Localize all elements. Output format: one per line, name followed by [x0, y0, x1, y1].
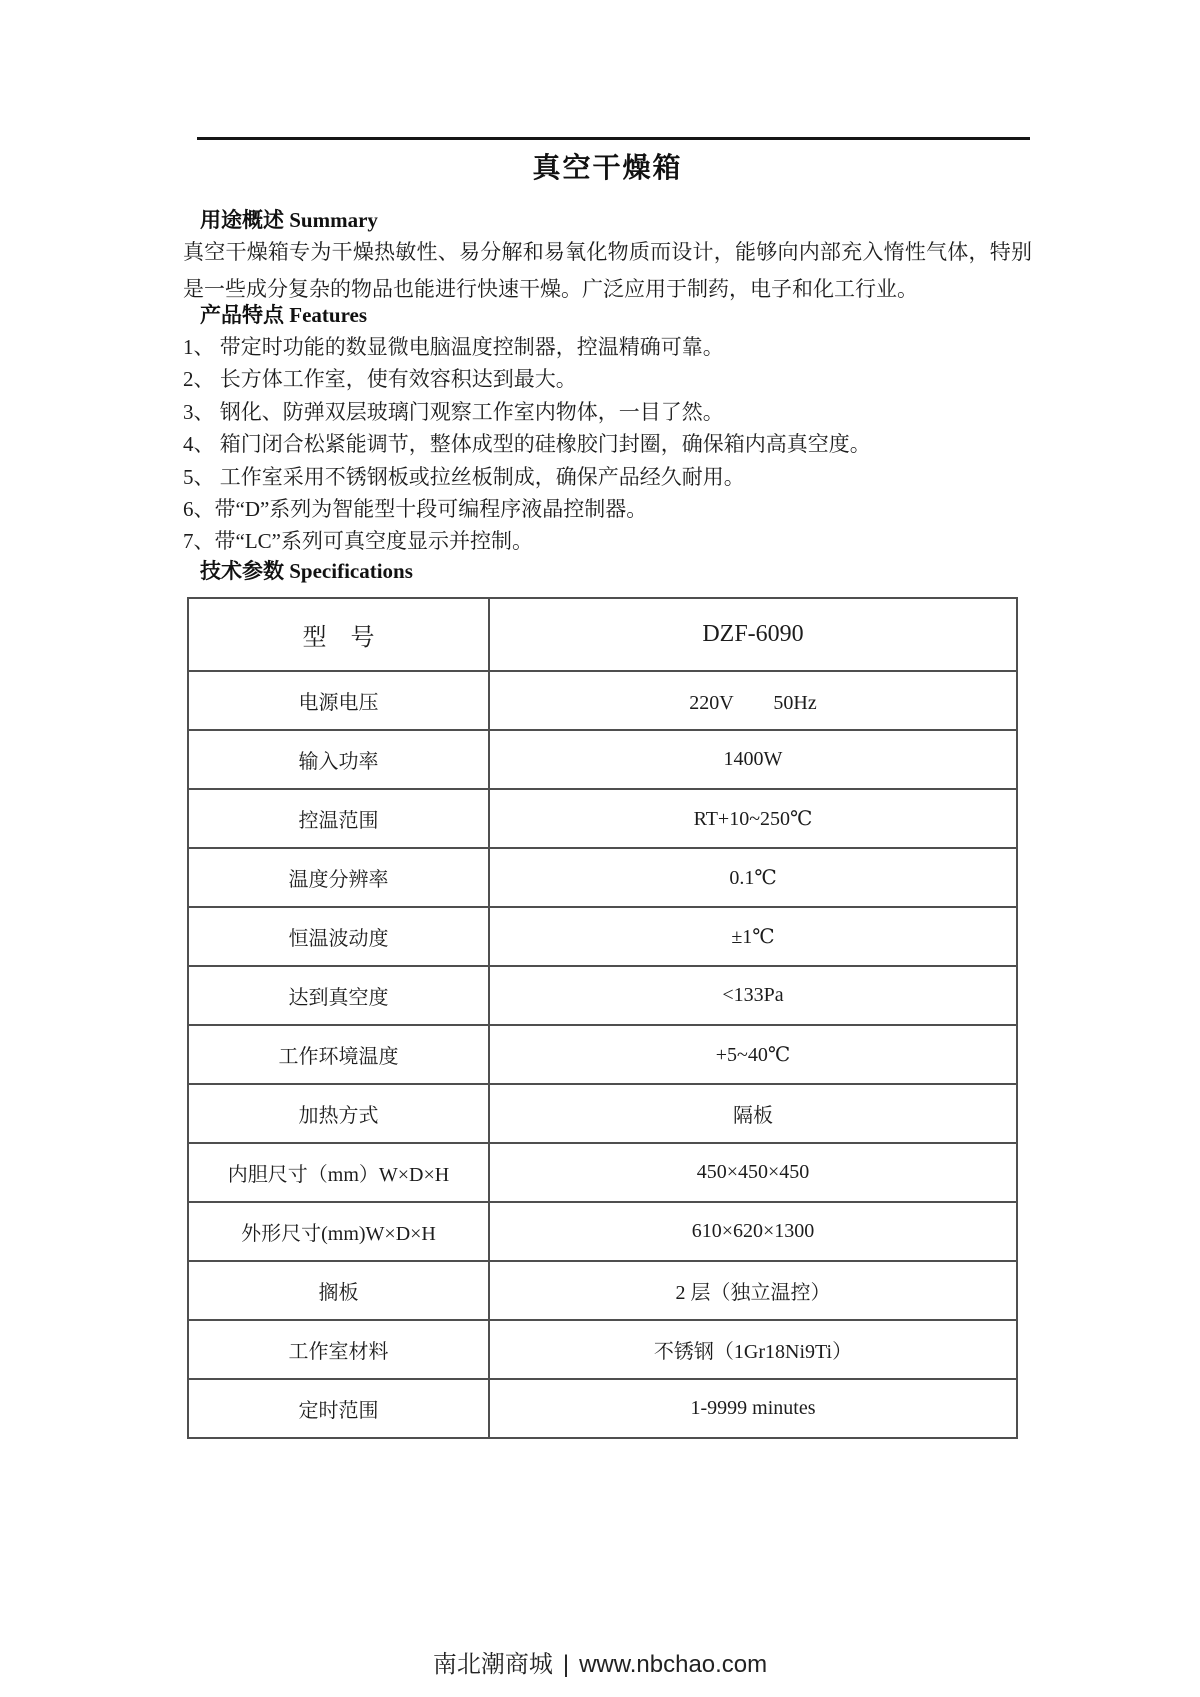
features-heading: 产品特点 Features	[200, 299, 1030, 329]
spec-value-cell: 1-9999 minutes	[489, 1379, 1017, 1438]
footer-site-url: www.nbchao.com	[579, 1651, 767, 1678]
spec-value-cell: +5~40℃	[489, 1025, 1017, 1084]
specifications-table: 型 号DZF-6090电源电压220V 50Hz输入功率1400W控温范围RT+…	[187, 597, 1018, 1439]
spec-label-cell: 定时范围	[188, 1379, 489, 1438]
spec-row: 控温范围RT+10~250℃	[188, 789, 1017, 848]
spec-row: 工作环境温度+5~40℃	[188, 1025, 1017, 1084]
spec-value-cell: 610×620×1300	[489, 1202, 1017, 1261]
spec-label-cell: 型 号	[188, 598, 489, 671]
spec-row: 搁板2 层（独立温控）	[188, 1261, 1017, 1320]
feature-item: 3、 钢化、防弹双层玻璃门观察工作室内物体，一目了然。	[183, 396, 1032, 428]
spec-value-cell: 1400W	[489, 730, 1017, 789]
spec-table-body: 型 号DZF-6090电源电压220V 50Hz输入功率1400W控温范围RT+…	[188, 598, 1017, 1438]
summary-paragraph: 真空干燥箱专为干燥热敏性、易分解和易氧化物质而设计，能够向内部充入惰性气体，特别…	[183, 234, 1032, 308]
spec-label-cell: 内胆尺寸（mm）W×D×H	[188, 1143, 489, 1202]
footer-site-name: 南北潮商城	[433, 1651, 553, 1678]
spec-row: 定时范围1-9999 minutes	[188, 1379, 1017, 1438]
document-page: 真空干燥箱 用途概述 Summary 真空干燥箱专为干燥热敏性、易分解和易氧化物…	[0, 0, 1200, 1697]
spec-label-cell: 恒温波动度	[188, 907, 489, 966]
spec-value-cell: <133Pa	[489, 966, 1017, 1025]
feature-item: 5、 工作室采用不锈钢板或拉丝板制成，确保产品经久耐用。	[183, 461, 1032, 493]
spec-label-cell: 控温范围	[188, 789, 489, 848]
spec-row: 内胆尺寸（mm）W×D×H450×450×450	[188, 1143, 1017, 1202]
feature-item: 2、 长方体工作室，使有效容积达到最大。	[183, 363, 1032, 395]
spec-label-cell: 达到真空度	[188, 966, 489, 1025]
spec-value-cell: 0.1℃	[489, 848, 1017, 907]
feature-item: 4、 箱门闭合松紧能调节，整体成型的硅橡胶门封圈，确保箱内高真空度。	[183, 428, 1032, 460]
spec-label-cell: 加热方式	[188, 1084, 489, 1143]
spec-row: 外形尺寸(mm)W×D×H610×620×1300	[188, 1202, 1017, 1261]
feature-item: 1、 带定时功能的数显微电脑温度控制器，控温精确可靠。	[183, 331, 1032, 363]
summary-heading: 用途概述 Summary	[200, 204, 1030, 234]
spec-row: 工作室材料不锈钢（1Gr18Ni9Ti）	[188, 1320, 1017, 1379]
specifications-heading: 技术参数 Specifications	[200, 555, 1030, 585]
spec-value-cell: ±1℃	[489, 907, 1017, 966]
spec-label-cell: 工作环境温度	[188, 1025, 489, 1084]
footer-separator: |	[553, 1651, 579, 1678]
spec-label-cell: 外形尺寸(mm)W×D×H	[188, 1202, 489, 1261]
spec-value-cell: RT+10~250℃	[489, 789, 1017, 848]
spec-label-cell: 温度分辨率	[188, 848, 489, 907]
spec-row: 恒温波动度±1℃	[188, 907, 1017, 966]
spec-value-cell: 2 层（独立温控）	[489, 1261, 1017, 1320]
spec-row: 输入功率1400W	[188, 730, 1017, 789]
spec-value-cell: 450×450×450	[489, 1143, 1017, 1202]
spec-value-cell: 不锈钢（1Gr18Ni9Ti）	[489, 1320, 1017, 1379]
feature-item: 7、带“LC”系列可真空度显示并控制。	[183, 525, 1032, 557]
spec-value-cell: 220V 50Hz	[489, 671, 1017, 730]
spec-header-row: 型 号DZF-6090	[188, 598, 1017, 671]
spec-row: 电源电压220V 50Hz	[188, 671, 1017, 730]
spec-label-cell: 电源电压	[188, 671, 489, 730]
page-title: 真空干燥箱	[183, 146, 1032, 186]
spec-label-cell: 搁板	[188, 1261, 489, 1320]
spec-row: 达到真空度<133Pa	[188, 966, 1017, 1025]
top-divider	[197, 137, 1030, 140]
spec-row: 加热方式隔板	[188, 1084, 1017, 1143]
spec-value-cell: 隔板	[489, 1084, 1017, 1143]
spec-label-cell: 工作室材料	[188, 1320, 489, 1379]
spec-row: 温度分辨率0.1℃	[188, 848, 1017, 907]
spec-value-cell: DZF-6090	[489, 598, 1017, 671]
spec-label-cell: 输入功率	[188, 730, 489, 789]
features-list: 1、 带定时功能的数显微电脑温度控制器，控温精确可靠。2、 长方体工作室，使有效…	[183, 331, 1032, 558]
page-footer: 南北潮商城|www.nbchao.com	[0, 1644, 1200, 1679]
feature-item: 6、带“D”系列为智能型十段可编程序液晶控制器。	[183, 493, 1032, 525]
